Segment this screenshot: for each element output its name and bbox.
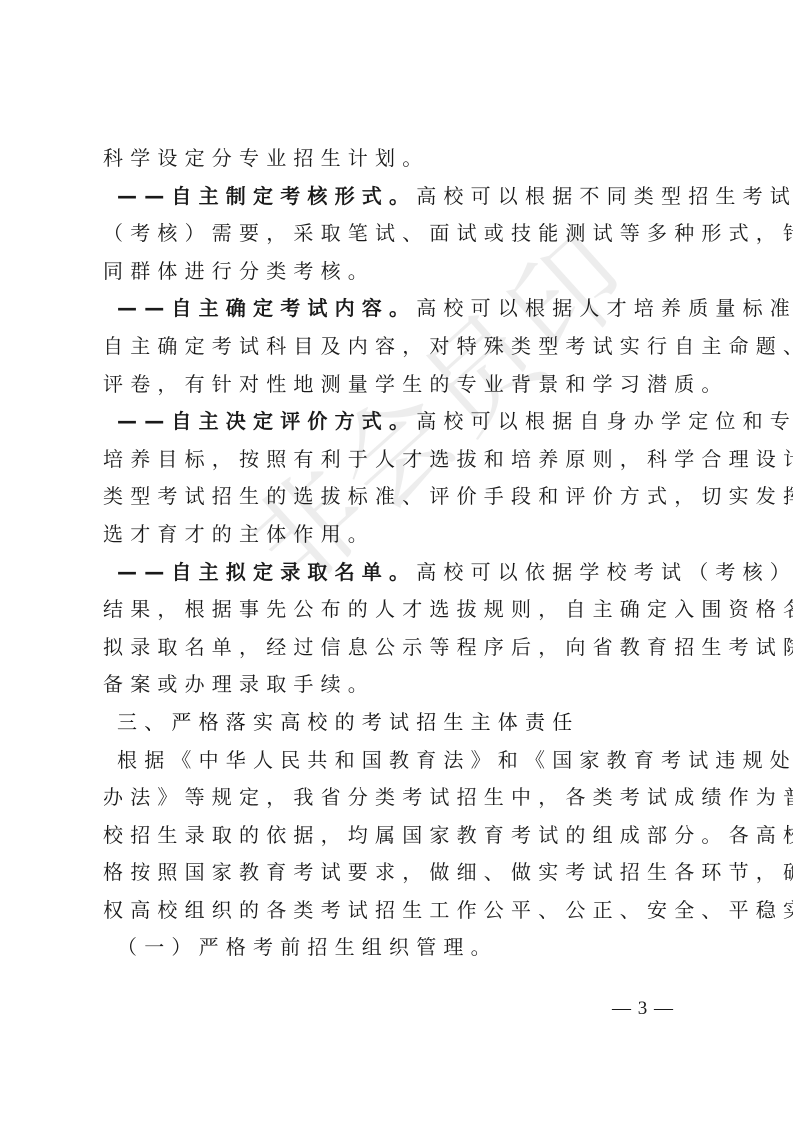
text-line: （考核）需要，采取笔试、面试或技能测试等多种形式，针对不 (103, 215, 693, 253)
text-line: 科学设定分专业招生计划。 (103, 140, 693, 178)
text-line: 选才育才的主体作用。 (103, 516, 693, 554)
item-bold-lead: ——自主拟定录取名单。 (117, 560, 416, 584)
item-lead-rest: 高校可以根据不同类型招生考试 (416, 184, 793, 208)
body-first-line: 根据《中华人民共和国教育法》和《国家教育考试违规处理 (103, 742, 693, 780)
text-line: 类型考试招生的选拔标准、评价手段和评价方式，切实发挥高校 (103, 478, 693, 516)
text-line: 同群体进行分类考核。 (103, 253, 693, 291)
text-line: 培养目标，按照有利于人才选拔和培养原则，科学合理设计不同 (103, 441, 693, 479)
item-first-line: ——自主确定考试内容。高校可以根据人才培养质量标准， (103, 290, 693, 328)
text-line: 校招生录取的依据，均属国家教育考试的组成部分。各高校要严 (103, 817, 693, 855)
item-bold-lead: ——自主确定考试内容。 (117, 296, 416, 320)
document-body: 科学设定分专业招生计划。 ——自主制定考核形式。高校可以根据不同类型招生考试 （… (103, 140, 693, 967)
text-line: 格按照国家教育考试要求，做细、做实考试招生各环节，确保授 (103, 854, 693, 892)
text-line: 备案或办理录取手续。 (103, 666, 693, 704)
item-lead-rest: 高校可以根据自身办学定位和专业 (416, 409, 793, 433)
text-line: 自主确定考试科目及内容，对特殊类型考试实行自主命题、自主 (103, 328, 693, 366)
subsection-heading: （一）严格考前招生组织管理。 (103, 929, 693, 967)
text-line: 权高校组织的各类考试招生工作公平、公正、安全、平稳实施。 (103, 892, 693, 930)
item-first-line: ——自主制定考核形式。高校可以根据不同类型招生考试 (103, 178, 693, 216)
item-bold-lead: ——自主制定考核形式。 (117, 184, 416, 208)
page-number: — 3 — (612, 998, 674, 1020)
item-bold-lead: ——自主决定评价方式。 (117, 409, 416, 433)
item-first-line: ——自主拟定录取名单。高校可以依据学校考试（考核）等 (103, 554, 693, 592)
item-lead-rest: 高校可以根据人才培养质量标准， (416, 296, 793, 320)
text-line: 办法》等规定，我省分类考试招生中，各类考试成绩作为普通高 (103, 779, 693, 817)
item-first-line: ——自主决定评价方式。高校可以根据自身办学定位和专业 (103, 403, 693, 441)
item-lead-rest: 高校可以依据学校考试（考核）等 (416, 560, 793, 584)
text-line: 结果，根据事先公布的人才选拔规则，自主确定入围资格名单或 (103, 591, 693, 629)
section-heading: 三、严格落实高校的考试招生主体责任 (103, 704, 693, 742)
text-line: 拟录取名单，经过信息公示等程序后，向省教育招生考试院报送 (103, 629, 693, 667)
document-page: 非会员印 科学设定分专业招生计划。 ——自主制定考核形式。高校可以根据不同类型招… (0, 0, 793, 1122)
text-line: 评卷，有针对性地测量学生的专业背景和学习潜质。 (103, 366, 693, 404)
